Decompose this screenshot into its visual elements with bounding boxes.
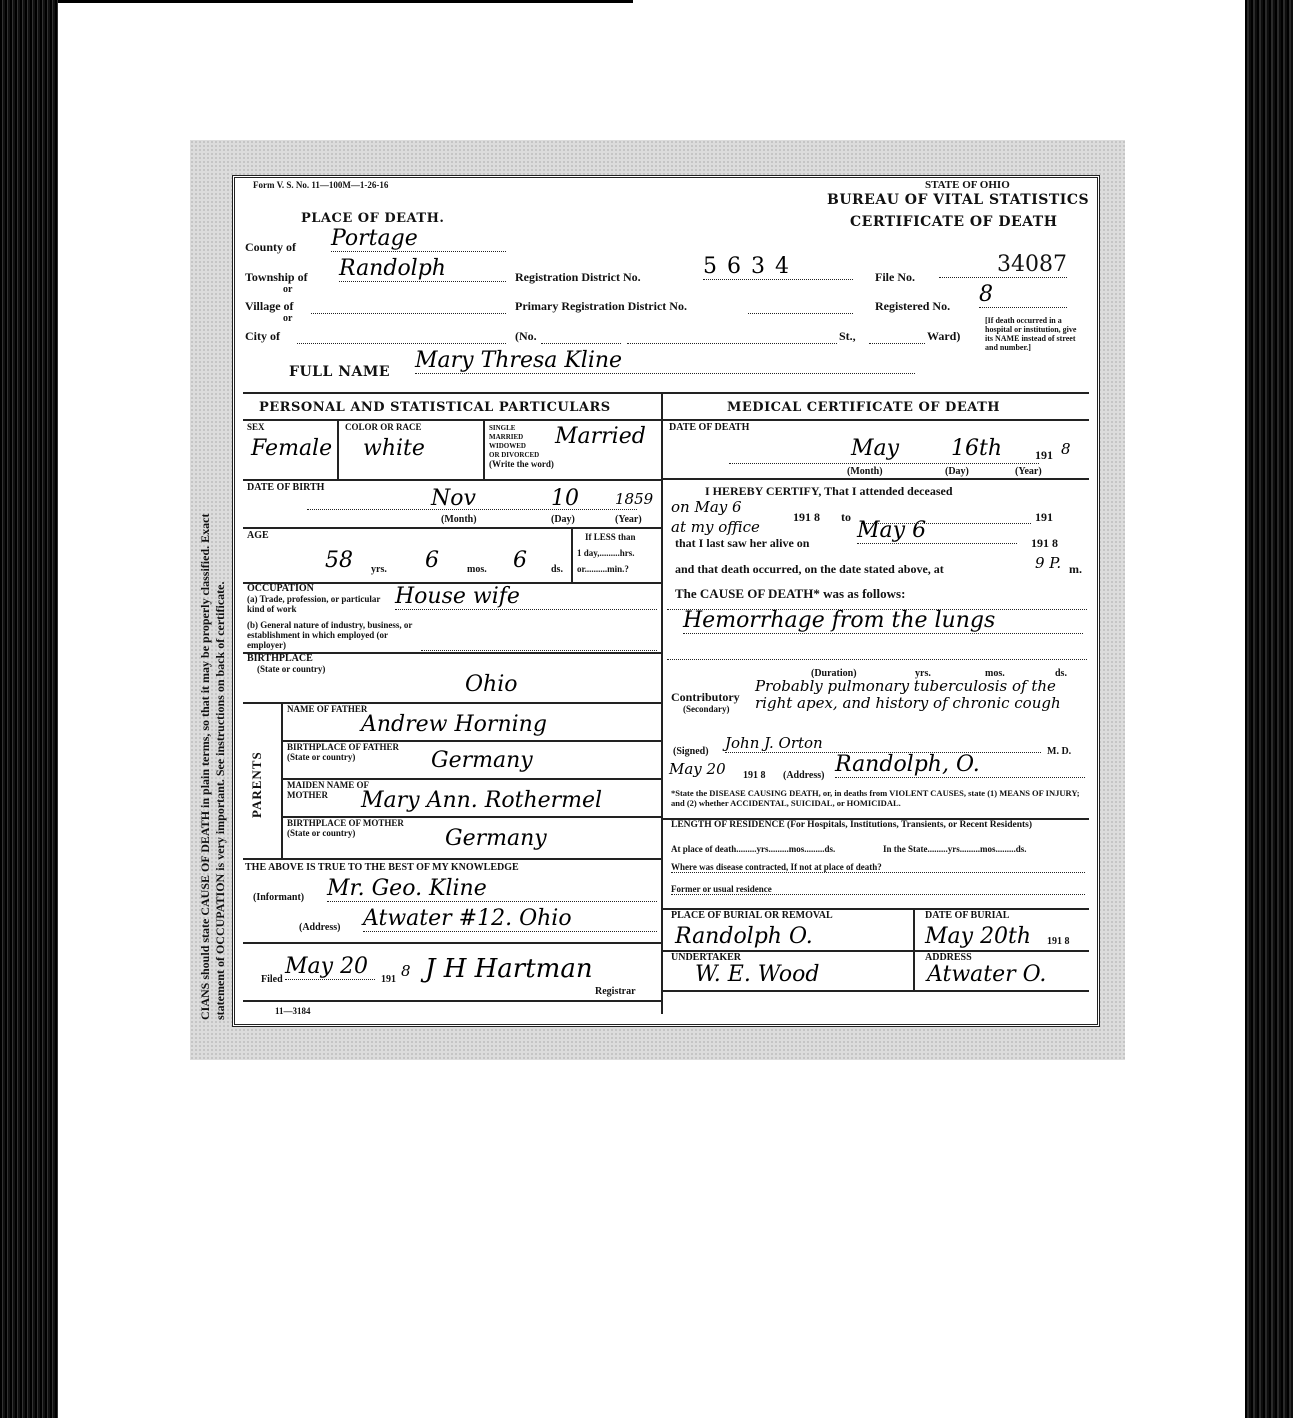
state-title: STATE OF OHIO <box>925 179 1010 191</box>
year-hint: (Year) <box>615 514 642 525</box>
time-of-death-field[interactable]: 9 P. <box>1035 554 1061 572</box>
or-label: or <box>283 313 292 324</box>
undertaker-address-field[interactable]: Atwater O. <box>927 962 1046 987</box>
township-label: Township of <box>245 270 308 285</box>
marital-label: SINGLE MARRIED WIDOWED OR DIVORCED (Writ… <box>489 424 554 469</box>
to-label: to <box>841 510 851 525</box>
death-date-line <box>729 462 1039 464</box>
registered-no-label: Registered No. <box>875 299 950 314</box>
disease-contracted-field[interactable]: Where was disease contracted, If not at … <box>671 862 1085 873</box>
occupation-a-label: OCCUPATION (a) Trade, profession, or par… <box>247 584 397 614</box>
former-residence-field[interactable]: Former or usual residence <box>671 884 1085 895</box>
residence-label: LENGTH OF RESIDENCE (For Hospitals, Inst… <box>671 820 1087 830</box>
village-label: Village of <box>245 299 294 314</box>
ds-label: ds. <box>551 564 563 575</box>
certificate-title: CERTIFICATE OF DEATH <box>850 214 1057 230</box>
burial-date-label: DATE OF BURIAL <box>925 910 1009 921</box>
age-days-field[interactable]: 6 <box>513 548 527 573</box>
street-field[interactable] <box>627 329 837 344</box>
file-no-label: File No. <box>875 270 915 285</box>
township-field[interactable]: Randolph <box>339 256 506 282</box>
father-name-field[interactable]: Andrew Horning <box>361 712 547 737</box>
filed-label: Filed <box>261 974 283 985</box>
death-year-field[interactable]: 8 <box>1061 440 1071 458</box>
burial-place-label: PLACE OF BURIAL OR REMOVAL <box>671 910 833 921</box>
ward-field[interactable] <box>869 329 925 344</box>
occupation-a-field[interactable]: House wife <box>395 584 657 610</box>
knowledge-statement: THE ABOVE IS TRUE TO THE BEST OF MY KNOW… <box>245 862 519 873</box>
filed-year-field[interactable]: 8 <box>401 962 411 980</box>
filed-year-prefix: 191 <box>381 974 396 985</box>
registered-no-field[interactable]: 8 <box>979 282 1067 308</box>
attended-from-field[interactable]: on May 6 <box>671 498 742 516</box>
attended-from-year: 191 8 <box>793 510 820 525</box>
signed-label: (Signed) <box>673 746 709 757</box>
full-name-label: FULL NAME <box>289 364 390 380</box>
death-year-hint: (Year) <box>1015 466 1042 477</box>
file-no-field[interactable]: 34087 <box>939 252 1067 278</box>
footer-code: 11—3184 <box>275 1006 311 1016</box>
city-field[interactable] <box>297 329 506 344</box>
less-than-label: If LESS than <box>585 532 636 542</box>
informant-address-label: (Address) <box>299 922 340 933</box>
father-birthplace-field[interactable]: Germany <box>431 748 533 773</box>
burial-year: 191 8 <box>1047 936 1070 947</box>
last-saw-text: that I last saw her alive on <box>675 536 809 551</box>
county-label: County of <box>245 240 296 255</box>
scan-top-line <box>58 0 633 3</box>
registrar-signature: J H Hartman <box>425 954 593 984</box>
primary-registration-label: Primary Registration District No. <box>515 299 687 314</box>
county-field[interactable]: Portage <box>331 226 506 252</box>
signed-date-field[interactable]: May 20 <box>669 760 726 778</box>
last-saw-year: 191 8 <box>1031 536 1058 551</box>
death-day-field[interactable]: 16th <box>951 436 1002 461</box>
physician-address-field[interactable]: Randolph, O. <box>835 752 1085 778</box>
full-name-field[interactable]: Mary Thresa Kline <box>415 348 915 374</box>
registration-district-label: Registration District No. <box>515 270 641 285</box>
occurred-text: and that death occurred, on the date sta… <box>675 562 944 577</box>
secondary-label: (Secondary) <box>683 704 730 714</box>
personal-heading: PERSONAL AND STATISTICAL PARTICULARS <box>259 400 611 415</box>
place-attended-field[interactable]: at my office <box>671 518 760 536</box>
or-label: or <box>283 284 292 295</box>
parents-side-label: PARENTS <box>249 751 265 818</box>
death-month-field[interactable]: May <box>851 436 899 461</box>
street-no-field[interactable] <box>541 329 621 344</box>
occupation-b-field[interactable] <box>421 640 657 651</box>
attended-to-year: 191 <box>1035 510 1053 525</box>
father-birthplace-label: BIRTHPLACE OF FATHER (State or country) <box>287 742 407 762</box>
registrar-label: Registrar <box>595 986 636 997</box>
place-of-death-heading: PLACE OF DEATH. <box>301 211 444 226</box>
residence-in-state-field[interactable]: In the State.........yrs.........mos....… <box>883 844 1027 854</box>
certify-text: I HEREBY CERTIFY, That I attended deceas… <box>705 484 953 499</box>
dob-day-field[interactable]: 10 <box>551 486 579 511</box>
filed-date-field[interactable]: May 20 <box>285 954 375 980</box>
medical-heading: MEDICAL CERTIFICATE OF DEATH <box>727 400 1000 415</box>
yrs-label: yrs. <box>371 564 387 575</box>
death-month-hint: (Month) <box>847 466 883 477</box>
death-day-hint: (Day) <box>945 466 969 477</box>
informant-address-field[interactable]: Atwater #12. Ohio <box>363 906 657 932</box>
contributory-label: Contributory <box>671 690 740 705</box>
village-field[interactable] <box>311 299 506 314</box>
hours-field[interactable]: 1 day,.........hrs. <box>577 548 635 558</box>
st-label: St., <box>839 329 856 344</box>
last-saw-field[interactable]: May 6 <box>857 518 1017 544</box>
marital-status-field[interactable]: Married <box>555 424 646 449</box>
form-number: Form V. S. No. 11—100M—1-26-16 <box>253 180 388 190</box>
age-years-field[interactable]: 58 <box>325 548 353 573</box>
month-hint: (Month) <box>441 514 477 525</box>
residence-at-place-field[interactable]: At place of death.........yrs.........mo… <box>671 844 835 854</box>
father-name-label: NAME OF FATHER <box>287 704 367 714</box>
contributory-cause-field[interactable]: Probably pulmonary tuberculosis of the r… <box>755 678 1085 712</box>
cause-of-death-field[interactable]: Hemorrhage from the lungs <box>683 608 1083 634</box>
signed-year: 191 8 <box>743 770 766 781</box>
burial-place-field[interactable]: Randolph O. <box>675 924 813 949</box>
cause-footnote: *State the DISEASE CAUSING DEATH, or, in… <box>671 788 1087 808</box>
mos-label: mos. <box>467 564 487 575</box>
city-label: City of <box>245 329 280 344</box>
ward-label: Ward) <box>927 329 960 344</box>
m-label: m. <box>1069 562 1082 577</box>
day-hint: (Day) <box>551 514 575 525</box>
birthplace-label: BIRTHPLACE (State or country) <box>247 654 325 674</box>
physician-signature-field[interactable]: John J. Orton <box>725 734 1041 753</box>
dob-year-field[interactable]: 1859 <box>615 490 653 508</box>
sex-field[interactable]: Female <box>251 436 332 461</box>
sex-label: SEX <box>247 422 265 432</box>
mother-birthplace-field[interactable]: Germany <box>445 826 547 851</box>
registration-district-field[interactable]: 5634 <box>703 254 853 280</box>
mother-birthplace-label: BIRTHPLACE OF MOTHER (State or country) <box>287 818 407 838</box>
undertaker-field[interactable]: W. E. Wood <box>695 962 820 987</box>
informant-label: (Informant) <box>253 892 304 903</box>
mother-name-field[interactable]: Mary Ann. Rothermel <box>361 788 602 813</box>
side-instruction-line2: statement of OCCUPATION is very importan… <box>213 582 228 1020</box>
side-instruction-line1: CIANS should state CAUSE OF DEATH in pla… <box>198 514 213 1020</box>
dob-label: DATE OF BIRTH <box>247 482 324 493</box>
primary-registration-field[interactable] <box>748 299 853 314</box>
hospital-note: [If death occurred in a hospital or inst… <box>985 316 1085 352</box>
street-no-label: (No. <box>515 329 537 344</box>
cause-line-2 <box>667 658 1087 660</box>
age-months-field[interactable]: 6 <box>425 548 439 573</box>
date-of-death-label: DATE OF DEATH <box>669 422 749 433</box>
race-field[interactable]: white <box>363 436 425 461</box>
scan-border-left <box>0 0 58 1418</box>
informant-field[interactable]: Mr. Geo. Kline <box>327 876 657 902</box>
race-label: COLOR OR RACE <box>345 422 422 432</box>
burial-date-field[interactable]: May 20th <box>925 924 1031 949</box>
occupation-b-label: (b) General nature of industry, business… <box>247 620 419 650</box>
birthplace-field[interactable]: Ohio <box>465 672 518 697</box>
bureau-title: BUREAU OF VITAL STATISTICS <box>827 192 1089 208</box>
cause-intro: The CAUSE OF DEATH* was as follows: <box>675 586 905 602</box>
death-year-prefix: 191 <box>1035 448 1053 463</box>
age-label: AGE <box>247 530 269 541</box>
scan-border-right <box>1245 0 1293 1418</box>
minutes-field[interactable]: or..........min.? <box>577 564 629 574</box>
dob-month-field[interactable]: Nov <box>431 486 476 511</box>
side-instructions: CIANS should state CAUSE OF DEATH in pla… <box>196 200 230 1020</box>
death-certificate: Form V. S. No. 11—100M—1-26-16 STATE OF … <box>232 175 1100 1027</box>
physician-address-label: (Address) <box>783 770 824 781</box>
